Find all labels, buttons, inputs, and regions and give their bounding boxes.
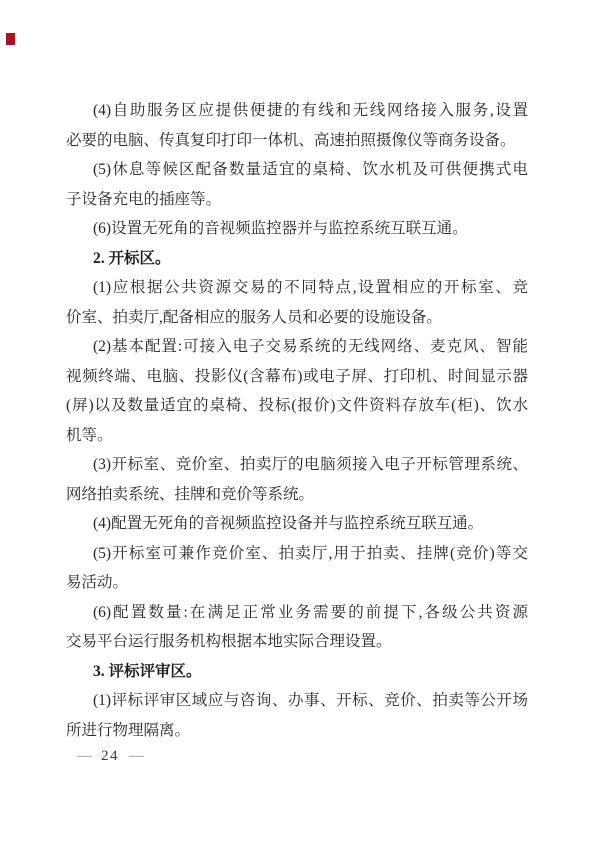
- footer-left-dash: —: [77, 748, 91, 765]
- document-body: (4)自助服务区应提供便捷的有线和无线网络接入服务,设置必要的电脑、传真复印打印…: [66, 96, 528, 745]
- footer-right-dash: —: [129, 748, 143, 765]
- red-stamp-mark: [6, 33, 15, 45]
- text-line: (2)基本配置:可接入电子交易系统的无线网络、麦克风、智能: [66, 332, 528, 362]
- text-line: (1)评标评审区域应与咨询、办事、开标、竞价、拍卖等公开场: [66, 686, 528, 716]
- section-heading-line: 2. 开标区。: [66, 244, 528, 274]
- page-footer: — 24 —: [77, 746, 143, 766]
- text-line: (4)自助服务区应提供便捷的有线和无线网络接入服务,设置: [66, 96, 528, 126]
- document-page: (4)自助服务区应提供便捷的有线和无线网络接入服务,设置必要的电脑、传真复印打印…: [0, 0, 594, 843]
- text-line: 所进行物理隔离。: [66, 716, 528, 746]
- text-line: 子设备充电的插座等。: [66, 185, 528, 215]
- text-line: (6)设置无死角的音视频监控器并与监控系统互联互通。: [66, 214, 528, 244]
- page-number: 24: [101, 748, 119, 765]
- text-line: 价室、拍卖厅,配备相应的服务人员和必要的设施设备。: [66, 303, 528, 333]
- text-line: (5)休息等候区配备数量适宜的桌椅、饮水机及可供便携式电: [66, 155, 528, 185]
- text-line: 易活动。: [66, 568, 528, 598]
- text-line: 机等。: [66, 421, 528, 451]
- text-line: (屏)以及数量适宜的桌椅、投标(报价)文件资料存放车(柜)、饮水: [66, 391, 528, 421]
- text-line: (6)配置数量:在满足正常业务需要的前提下,各级公共资源: [66, 598, 528, 628]
- text-line: 交易平台运行服务机构根据本地实际合理设置。: [66, 627, 528, 657]
- text-line: 视频终端、电脑、投影仪(含幕布)或电子屏、打印机、时间显示器: [66, 362, 528, 392]
- text-line: (4)配置无死角的音视频监控设备并与监控系统互联互通。: [66, 509, 528, 539]
- section-heading-line: 3. 评标评审区。: [66, 657, 528, 687]
- text-line: (5)开标室可兼作竞价室、拍卖厅,用于拍卖、挂牌(竞价)等交: [66, 539, 528, 569]
- text-line: 必要的电脑、传真复印打印一体机、高速拍照摄像仪等商务设备。: [66, 126, 528, 156]
- text-line: (3)开标室、竞价室、拍卖厅的电脑须接入电子开标管理系统、: [66, 450, 528, 480]
- text-line: (1)应根据公共资源交易的不同特点,设置相应的开标室、竞: [66, 273, 528, 303]
- text-line: 网络拍卖系统、挂牌和竞价等系统。: [66, 480, 528, 510]
